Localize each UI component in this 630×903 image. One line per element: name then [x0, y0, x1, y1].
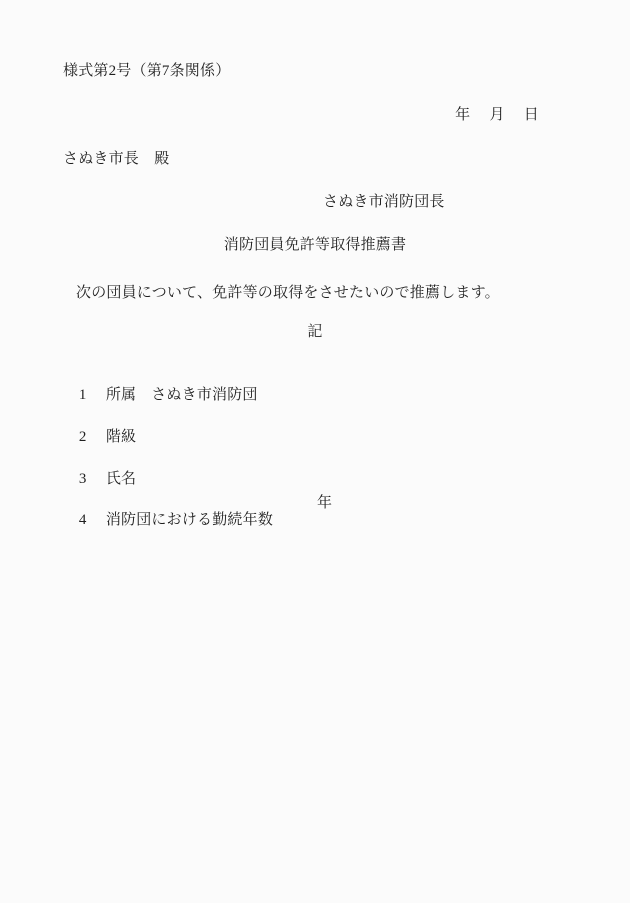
section-marker: 記	[0, 324, 630, 341]
sender-title: さぬき市消防団長	[323, 194, 445, 211]
item-label: 氏名	[106, 471, 136, 487]
document-title: 消防団員免許等取得推薦書	[0, 237, 630, 254]
item-number: 4	[79, 512, 106, 529]
item-number: 1	[79, 387, 106, 404]
addressee: さぬき市長 殿	[63, 151, 169, 168]
item-unit-suffix: 年	[317, 495, 332, 512]
item-label: 消防団における勤続年数	[106, 512, 273, 528]
item-number: 3	[79, 471, 106, 488]
item-value: さぬき市消防団	[151, 387, 257, 403]
form-number: 様式第2号（第7条関係）	[63, 63, 230, 80]
body-text: 次の団員について、免許等の取得をさせたいので推薦します。	[63, 285, 500, 302]
item-label: 所属	[106, 387, 136, 403]
document-page: 様式第2号（第7条関係） 年 月 日 さぬき市長 殿 さぬき市消防団長 消防団員…	[0, 0, 630, 903]
list-item-years-of-service: 4消防団における勤続年数年	[63, 495, 273, 546]
item-number: 2	[79, 429, 106, 446]
item-label: 階級	[106, 429, 136, 445]
date-line: 年 月 日	[455, 107, 539, 124]
